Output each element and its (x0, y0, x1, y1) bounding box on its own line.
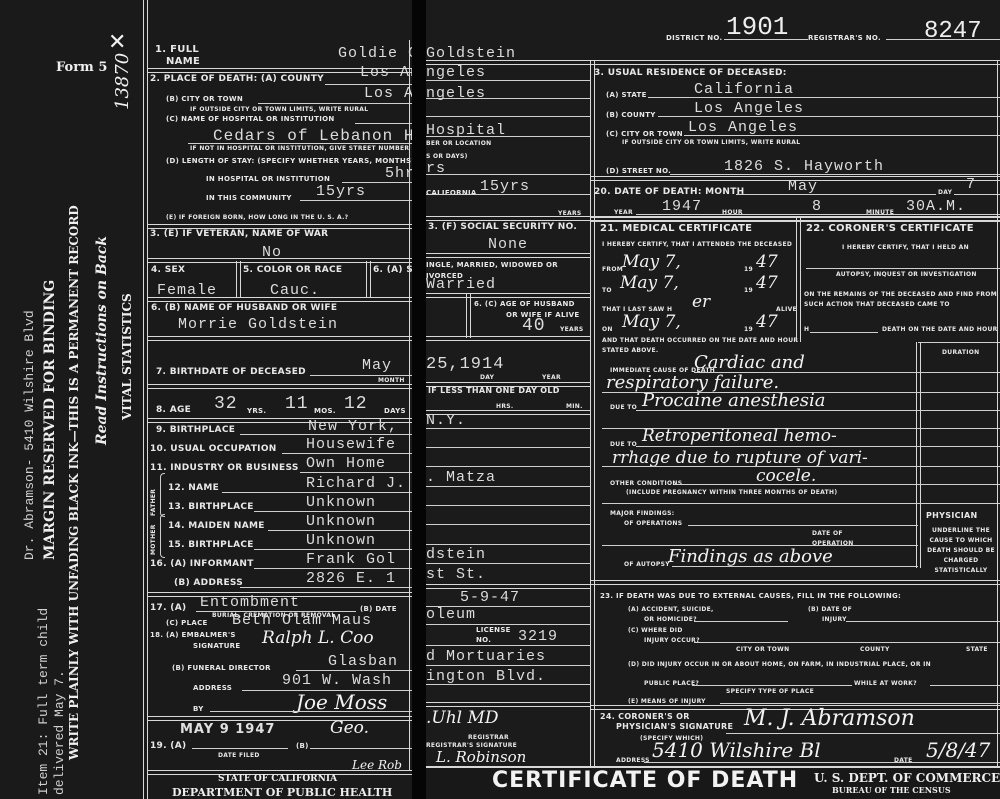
veteran-label: 3. (e) If Veteran, Name of War (150, 229, 328, 239)
page-gap (412, 0, 426, 799)
years-unit: Yrs. (247, 407, 266, 415)
informant-address-label: (b) Address (174, 578, 243, 588)
other-conditions-label: Other conditions (610, 480, 682, 487)
due-to-value-2b: rrhage due to rupture of vari- (612, 448, 868, 468)
autopsy-value: Findings as above (668, 546, 833, 567)
spouse-age-value: 40 (522, 316, 546, 336)
disposition-date-value: 5-9-47 (460, 589, 520, 606)
item-note-1: Item 21: Full term child (36, 608, 51, 795)
other-conditions-note: (Include pregnancy within three months o… (626, 489, 837, 496)
death-month-value: May (788, 178, 818, 195)
death-minute-value: 30A.M. (906, 198, 966, 215)
registrar-no-label: Registrar's No. (808, 34, 881, 42)
coroner-certify-text: I hereby certify, that I held an (842, 244, 969, 251)
father-bracket (160, 473, 165, 517)
birthdate-month-value: May (362, 357, 392, 374)
residence-city-value: Los Angeles (688, 119, 798, 136)
month-label: Month (378, 377, 405, 384)
certificate-title: CERTIFICATE OF DEATH (492, 768, 798, 793)
in-california-value: 15yrs (480, 178, 530, 195)
doctor-note: Dr. Abramson- 5410 Wilshire Blvd (22, 310, 37, 560)
coroner-h-label: h (804, 326, 809, 333)
injury-location-label: (d) Did injury occur in or about home, o… (628, 661, 931, 668)
industry-label: 11. Industry or Business (150, 463, 299, 473)
death-city-label: (b) City or town (166, 95, 243, 103)
injury-date-label-a: (b) Date of (808, 606, 852, 613)
months-unit: Mos. (314, 407, 336, 415)
coroner-physician-label-b: Physician's Signature (616, 722, 733, 731)
informant-address-value: 2826 E. 1 (306, 570, 396, 587)
mother-name-value: Unknown (306, 513, 376, 530)
informant-value: Frank Gol (306, 551, 396, 568)
date-filed-note: Date filed (218, 752, 260, 759)
item-note-2: delivered May 7. (52, 670, 67, 795)
ssn-label: 3. (f) Social Security No. (428, 222, 577, 232)
coroner-certificate-title: 22. Coroner's Certificate (806, 223, 974, 234)
mother-birthplace-value: Unknown (306, 532, 376, 549)
operations-label: Of operations (624, 520, 682, 527)
sex-label: 4. Sex (151, 265, 185, 275)
injury-date-label-b: injury (822, 616, 847, 623)
due-to-value-1: Procaine anesthesia (642, 390, 826, 411)
physician-date-value: 5/8/47 (926, 738, 990, 762)
embalmer-label: 18. (a) Embalmer's (150, 631, 236, 639)
vital-statistics: VITAL STATISTICS (120, 293, 134, 420)
spouse-age-label-a: 6. (c) Age of Husband (474, 300, 575, 308)
death-hour-value: 8 (812, 198, 822, 215)
immediate-cause-value-1: Cardiac and (694, 352, 805, 373)
father-name-label: 12. Name (168, 483, 219, 493)
right-page: District No. 1901 Registrar's No. 8247 G… (426, 0, 1000, 799)
due-to-label-2: Due to (610, 441, 637, 448)
autopsy-note: Autopsy, inquest or investigation (836, 271, 977, 278)
father-side-label: Father (150, 489, 157, 516)
death-year-label: Year (614, 209, 633, 216)
day-label: Day (480, 374, 494, 381)
at-work-label: While at work? (854, 680, 917, 687)
funeral-address-label: Address (193, 684, 232, 692)
age-months: 11 (285, 394, 309, 414)
physician-note: Underline the cause to which death shoul… (922, 526, 1000, 576)
age-label: 8. Age (156, 405, 191, 415)
informant-label: 16. (a) Informant (150, 559, 254, 569)
registrar-b-label: (b) (296, 742, 309, 750)
marital-label-left: 6. (A) S (373, 265, 413, 275)
place-value: Beth Olam Maus (232, 612, 372, 629)
form-number: Form 5 (56, 60, 107, 75)
by-label: By (193, 705, 204, 713)
date-operation-label-a: Date of (812, 530, 843, 537)
license-label-a: License (476, 626, 511, 634)
spouse-value: Morrie Goldstein (178, 316, 338, 333)
disposition-value: Entombment (200, 594, 300, 611)
occupation-value: Housewife (306, 436, 396, 453)
due-to-label-1: Due to (610, 404, 637, 411)
days-unit: Days (384, 407, 406, 415)
from-year: 47 (756, 252, 778, 272)
funeral-director-value: Glasban (328, 653, 398, 670)
in-community-value: 15yrs (316, 183, 366, 200)
funeral-director-label: (b) Funeral Director (172, 664, 271, 672)
residence-street-label: (d) Street No. (606, 167, 671, 175)
left-page: Form 5 ✕ 13870 Dr. Abramson- 5410 Wilshi… (0, 0, 412, 799)
registrar-signature-right: .Uhl MD (426, 708, 499, 728)
due-to-value-2a: Retroperitoneal hemo- (642, 426, 837, 446)
residence-state-value: California (694, 81, 794, 98)
to-value: May 7, (620, 273, 679, 293)
state-label: STATE OF CALIFORNIA (218, 774, 337, 784)
autopsy-label: Of autopsy (624, 561, 670, 568)
hours-label: Hrs. (496, 403, 513, 410)
in-hospital-label: In hospital or institution (206, 175, 330, 183)
means-label: (e) Means of injury (628, 698, 706, 705)
death-day-label: Day (938, 189, 952, 196)
form-left-border (143, 0, 148, 799)
stamp-number: 13870 (112, 53, 133, 110)
coroner-death-text: death on the date and hour stated above. (882, 326, 1000, 333)
instructions-note: Read Instructions on Back (94, 236, 110, 445)
signature-label: Signature (193, 642, 240, 650)
registrar-number: 8247 (924, 18, 982, 45)
ssn-value: None (488, 236, 528, 253)
place-type-note: Specify type of place (726, 688, 814, 695)
physician-signature: M. J. Abramson (744, 706, 915, 731)
coroner-physician-label-a: 24. Coroner's or (600, 712, 690, 721)
father-birthplace-label: 13. Birthplace (168, 502, 254, 512)
major-findings-label: Major findings: (610, 510, 674, 517)
dept-label: DEPARTMENT OF PUBLIC HEALTH (172, 786, 392, 799)
on-value: May 7, (622, 312, 681, 332)
check-mark-icon: ✕ (108, 30, 126, 55)
residence-county-value: Los Angeles (694, 100, 804, 117)
injury-where-label-b: injury occur? (644, 637, 700, 644)
birthdate-day-year: 25,1914 (426, 355, 504, 374)
license-value: 3219 (518, 628, 558, 645)
father-name-value: Richard J. (306, 475, 406, 492)
last-saw-value: er (692, 292, 710, 312)
spouse-label: 6. (b) Name of Husband or Wife (151, 303, 337, 313)
place-label: (c) Place (166, 619, 208, 627)
medical-certify-text: I hereby certify, that I attended the de… (602, 240, 802, 250)
embalmer-signature: Ralph L. Coo (262, 628, 374, 648)
us-dept-label: U. S. DEPT. OF COMMERCE (814, 771, 1000, 785)
deputy-signature: L. Robinson (436, 748, 526, 766)
full-name-label-b: Name (166, 56, 200, 67)
hospital-label: (c) Name of hospital or institution (166, 115, 335, 123)
due-to-value-2c: cocele. (756, 466, 816, 486)
from-value: May 7, (622, 252, 681, 272)
city-or-town-note: City or town (736, 646, 789, 653)
spouse-age-unit: Years (560, 326, 584, 333)
registrar-title: Registrar (468, 734, 509, 741)
birthdate-label: 7. Birthdate of Deceased (156, 367, 306, 377)
residence-label: 3. Usual Residence of Deceased: (594, 68, 787, 78)
mother-side-label: Mother (150, 524, 157, 555)
date-filed-label: 19. (a) (150, 741, 186, 751)
in-community-label: In this community (206, 194, 292, 202)
full-name-label-a: 1. Full (155, 44, 199, 55)
alive-label: alive (776, 306, 797, 313)
from-label: From (602, 266, 623, 273)
public-place-label: public place? (644, 680, 699, 687)
death-city-note: If outside city or town limits, write ru… (190, 106, 368, 113)
residence-city-note: If outside city or town limits, write ru… (622, 139, 800, 146)
accident-label-b: or homicide? (644, 616, 697, 623)
license-label-b: No. (476, 636, 491, 644)
duration-label: Duration (942, 349, 980, 356)
death-day-value: 7 (966, 176, 976, 193)
state-note: State (966, 646, 988, 653)
residence-street-value: 1826 S. Hayworth (724, 158, 884, 175)
birthplace-value: New York, (308, 418, 398, 435)
minutes-label: Min. (566, 403, 583, 410)
age-days: 12 (344, 394, 368, 414)
year-label: Year (542, 374, 561, 381)
mother-birthplace-label: 15. Birthplace (168, 540, 254, 550)
race-label: 5. Color or Race (243, 265, 342, 275)
on-label: On (602, 326, 613, 333)
residence-city-label: (c) City or town (606, 130, 683, 138)
father-birthplace-value: Unknown (306, 494, 376, 511)
residence-state-label: (a) State (606, 91, 647, 99)
disposition-label: 17. (a) (150, 603, 186, 613)
to-label: To (602, 287, 612, 294)
physician-label: Physician (926, 511, 978, 520)
accident-label-a: (a) Accident, suicide, (628, 606, 714, 613)
deputy-initials: Lee Rob (352, 758, 402, 772)
county-note: County (860, 646, 890, 653)
industry-value: Own Home (306, 455, 386, 472)
bureau-label: BUREAU OF THE CENSUS (832, 785, 951, 795)
on-year: 47 (756, 312, 778, 332)
district-label: District No. (666, 34, 723, 42)
date-filed-stamp: MAY 9 1947 (180, 722, 275, 737)
coroner-remains-text: on the remains of the deceased and find … (804, 290, 1000, 310)
birthplace-label: 9. Birthplace (156, 425, 235, 435)
less-than-day-label: If less than one day old (428, 386, 560, 395)
mother-bracket (160, 514, 165, 558)
death-date-label: 20. Date of Death: Month (594, 187, 744, 197)
occupation-label: 10. Usual Occupation (150, 444, 277, 454)
ink-note: WRITE PLAINLY WITH UNFADING BLACK INK—TH… (67, 205, 81, 760)
injury-where-label-a: (c) Where did (628, 627, 683, 634)
physician-address-value: 5410 Wilshire Bl (652, 738, 821, 762)
district-number: 1901 (726, 12, 788, 42)
age-years: 32 (214, 394, 238, 414)
mother-name-label: 14. Maiden Name (168, 521, 265, 531)
funeral-address-value: 901 W. Wash (282, 672, 392, 689)
death-year-value: 1947 (662, 198, 702, 215)
to-year: 47 (756, 273, 778, 293)
registrar-signature-left: Geo. (330, 718, 369, 738)
external-causes-label: 23. If death was due to external causes,… (600, 592, 901, 600)
place-of-death-label: 2. Place of Death: (a) County (150, 74, 324, 84)
residence-county-label: (b) County (606, 111, 656, 119)
foreign-born-label: (e) If foreign born, how long in the U. … (166, 214, 348, 221)
medical-certificate-title: 21. Medical Certificate (600, 223, 752, 234)
marital-status-value: Warried (426, 276, 496, 293)
binding-note: MARGIN RESERVED FOR BINDING (42, 280, 58, 560)
